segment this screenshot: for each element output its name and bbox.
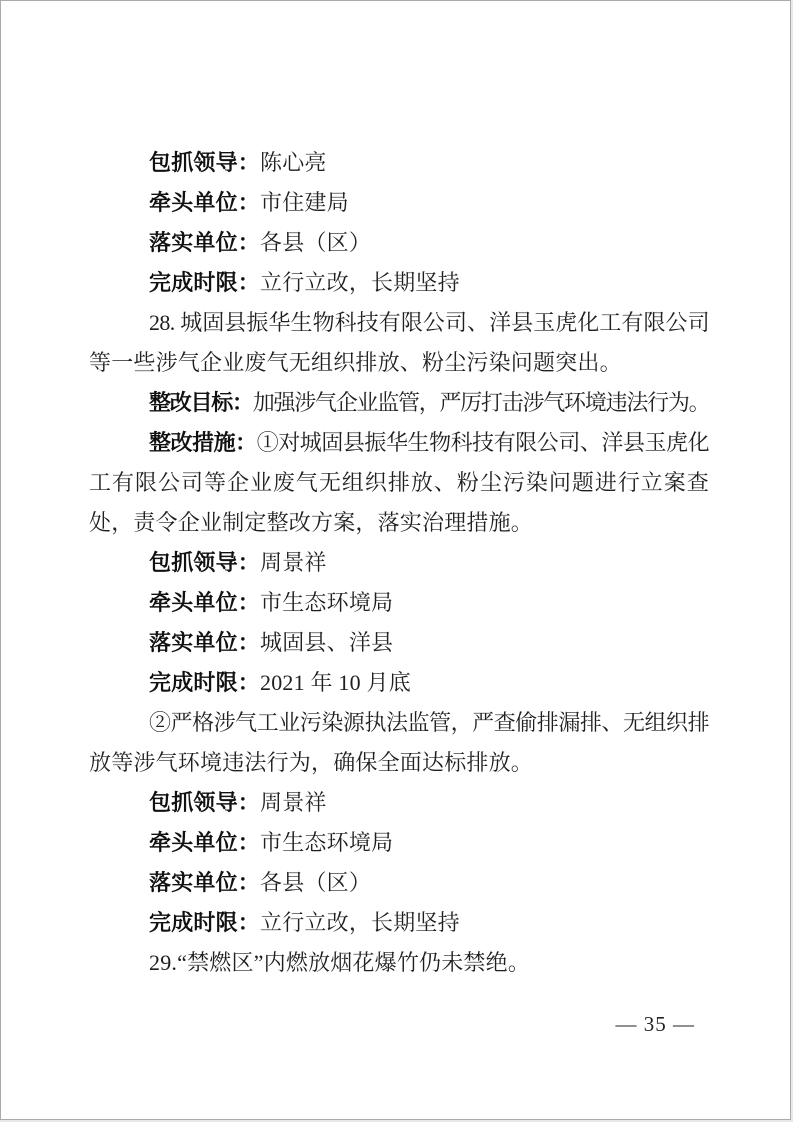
field-label: 落实单位： <box>149 230 260 255</box>
field-line-measures-2: 工有限公司等企业废气无组织排放、粉尘污染问题进行立案查 <box>89 463 709 503</box>
field-label: 落实单位： <box>149 870 260 895</box>
paragraph-text: 处，责令企业制定整改方案，落实治理措施。 <box>89 510 533 535</box>
field-value: 2021 年 10 月底 <box>260 670 411 695</box>
paragraph-text: ②严格涉气工业污染源执法监管，严查偷排漏排、无组织排 <box>149 710 709 735</box>
item-28-line-2: 等一些涉气企业废气无组织排放、粉尘污染问题突出。 <box>89 343 709 383</box>
field-line-deadline: 完成时限：立行立改，长期坚持 <box>89 903 709 943</box>
field-line-measures-3: 处，责令企业制定整改方案，落实治理措施。 <box>89 503 709 543</box>
field-label: 包抓领导： <box>149 150 260 175</box>
measure-2-line-1: ②严格涉气工业污染源执法监管，严查偷排漏排、无组织排 <box>89 703 709 743</box>
field-value: 市生态环境局 <box>260 830 393 855</box>
field-line-lead-unit: 牵头单位：市住建局 <box>89 183 709 223</box>
field-line-lead-unit: 牵头单位：市生态环境局 <box>89 583 709 623</box>
measure-2-line-2: 放等涉气环境违法行为，确保全面达标排放。 <box>89 743 709 783</box>
field-value: 陈心亮 <box>260 150 327 175</box>
field-label: 整改目标： <box>149 390 253 415</box>
field-label: 整改措施： <box>149 430 257 455</box>
field-label: 牵头单位： <box>149 190 260 215</box>
field-label: 完成时限： <box>149 270 260 295</box>
page-number: — 35 — <box>616 1009 696 1039</box>
field-label: 完成时限： <box>149 670 260 695</box>
field-label: 包抓领导： <box>149 550 260 575</box>
field-line-measures-1: 整改措施：①对城固县振华生物科技有限公司、洋县玉虎化 <box>89 423 709 463</box>
field-value: 市生态环境局 <box>260 590 393 615</box>
paragraph-text: 29.“禁燃区”内燃放烟花爆竹仍未禁绝。 <box>149 950 530 975</box>
field-label: 包抓领导： <box>149 790 260 815</box>
field-value: 周景祥 <box>260 790 327 815</box>
field-label: 完成时限： <box>149 910 260 935</box>
paragraph-text: 等一些涉气企业废气无组织排放、粉尘污染问题突出。 <box>89 350 622 375</box>
field-value: ①对城固县振华生物科技有限公司、洋县玉虎化 <box>257 430 709 455</box>
field-value: 立行立改，长期坚持 <box>260 270 460 295</box>
document-page: 包抓领导：陈心亮 牵头单位：市住建局 落实单位：各县（区） 完成时限：立行立改，… <box>0 0 791 1120</box>
field-value: 各县（区） <box>260 230 371 255</box>
field-line-implement-unit: 落实单位：各县（区） <box>89 863 709 903</box>
item-28-line-1: 28. 城固县振华生物科技有限公司、洋县玉虎化工有限公司 <box>89 303 709 343</box>
field-line-deadline: 完成时限：2021 年 10 月底 <box>89 663 709 703</box>
field-line-leader: 包抓领导：陈心亮 <box>89 143 709 183</box>
item-29-line: 29.“禁燃区”内燃放烟花爆竹仍未禁绝。 <box>89 943 709 983</box>
field-line-leader: 包抓领导：周景祥 <box>89 783 709 823</box>
paragraph-text: 放等涉气环境违法行为，确保全面达标排放。 <box>89 750 533 775</box>
field-value: 加强涉气企业监管，严厉打击涉气环境违法行为。 <box>253 390 709 415</box>
paragraph-text: 工有限公司等企业废气无组织排放、粉尘污染问题进行立案查 <box>89 470 709 495</box>
field-label: 牵头单位： <box>149 590 260 615</box>
field-value: 城固县、洋县 <box>260 630 393 655</box>
field-value: 立行立改，长期坚持 <box>260 910 460 935</box>
field-line-lead-unit: 牵头单位：市生态环境局 <box>89 823 709 863</box>
field-line-implement-unit: 落实单位：各县（区） <box>89 223 709 263</box>
field-value: 周景祥 <box>260 550 327 575</box>
paragraph-text: 28. 城固县振华生物科技有限公司、洋县玉虎化工有限公司 <box>149 310 709 335</box>
field-line-goal: 整改目标：加强涉气企业监管，严厉打击涉气环境违法行为。 <box>89 383 709 423</box>
field-line-deadline: 完成时限：立行立改，长期坚持 <box>89 263 709 303</box>
field-label: 牵头单位： <box>149 830 260 855</box>
field-value: 各县（区） <box>260 870 371 895</box>
field-value: 市住建局 <box>260 190 349 215</box>
field-line-implement-unit: 落实单位：城固县、洋县 <box>89 623 709 663</box>
field-label: 落实单位： <box>149 630 260 655</box>
document-body: 包抓领导：陈心亮 牵头单位：市住建局 落实单位：各县（区） 完成时限：立行立改，… <box>89 143 709 983</box>
field-line-leader: 包抓领导：周景祥 <box>89 543 709 583</box>
